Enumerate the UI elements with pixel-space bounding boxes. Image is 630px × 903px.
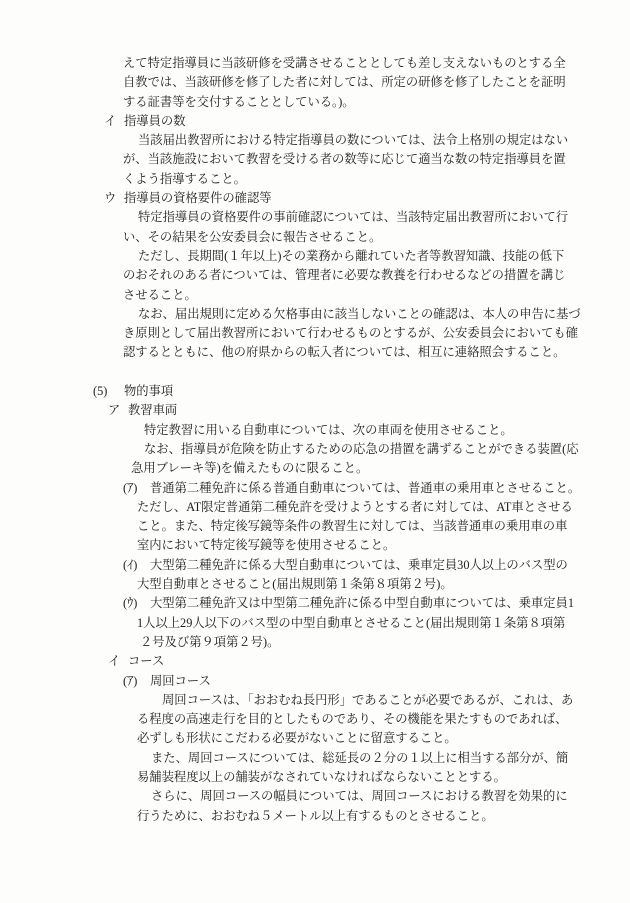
text-line: (5)物的事項	[0, 382, 630, 401]
line-text: させること。	[123, 288, 197, 302]
blank-line	[0, 363, 630, 382]
text-line: (ｳ)大型第二種免許又は中型第二種免許に係る中型自動車については、乗車定員1	[0, 594, 630, 613]
line-text: なお、届出規則に定める欠格事由に該当しないことの確認は、本人の申告に基づ	[138, 307, 581, 321]
text-line: させること。	[0, 286, 630, 305]
line-text: 室内において特定後写鏡等を使用させること。	[137, 538, 395, 552]
line-text: また、周回コースについては、総延長の２分の１以上に相当する部分が、簡	[151, 751, 568, 765]
line-text: 急用ブレーキ等)を備えたものに限ること。	[131, 461, 368, 475]
text-line: ただし、長期間(１年以上)その業務から離れていた者等教習知識、技能の低下	[0, 247, 630, 266]
line-text: えて特定指導員に当該研修を受講させることとしても差し支えないものとする全	[123, 56, 566, 70]
text-line: のおそれのある者については、管理者に必要な教養を行わせるなどの措置を講じ	[0, 266, 630, 285]
text-line: 周回コースは、「おおむね長円形」であることが必要であるが、これは、あ	[0, 691, 630, 710]
line-text: する証書等を交付することとしている。)。	[123, 95, 355, 109]
text-line: (ｲ)大型第二種免許に係る大型自動車については、乗車定員30人以上のバス型の	[0, 556, 630, 575]
item-label: (ｱ)	[123, 479, 150, 498]
item-label: (ｲ)	[123, 556, 150, 575]
line-text: コース	[128, 654, 164, 668]
line-text: こと。また、特定後写鏡等条件の教習生に対しては、当該普通車の乗用車の車	[137, 519, 567, 533]
line-text: 周回コース	[150, 674, 211, 688]
document-body: えて特定指導員に当該研修を受講させることとしても差し支えないものとする全自教では…	[0, 54, 630, 826]
line-text: 特定指導員の資格要件の事前確認については、当該特定届出教習所において行	[138, 210, 568, 224]
line-text: ただし、長期間(１年以上)その業務から離れていた者等教習知識、技能の低下	[138, 249, 564, 263]
item-label: (ｱ)	[123, 672, 150, 691]
text-line: 自教では、当該研修を修了した者に対しては、所定の研修を修了したことを証明	[0, 73, 630, 92]
text-line: (ｱ)普通第二種免許に係る普通自動車については、普通車の乗用車とさせること。	[0, 479, 630, 498]
text-line: 特定指導員の資格要件の事前確認については、当該特定届出教習所において行	[0, 208, 630, 227]
item-label: (ｳ)	[123, 594, 150, 613]
text-line: イ指導員の数	[0, 112, 630, 131]
line-text: 周回コースは、「おおむね長円形」であることが必要であるが、これは、あ	[162, 693, 573, 707]
text-line: 特定教習に用いる自動車については、次の車両を使用させること。	[0, 421, 630, 440]
line-text: 普通第二種免許に係る普通自動車については、普通車の乗用車とさせること。	[150, 481, 580, 495]
text-line: えて特定指導員に当該研修を受講させることとしても差し支えないものとする全	[0, 54, 630, 73]
text-line: い、その結果を公安委員会に報告させること。	[0, 228, 630, 247]
line-text: のおそれのある者については、管理者に必要な教養を行わせるなどの措置を講じ	[123, 268, 565, 282]
line-text: 教習車両	[128, 403, 177, 417]
line-text: なお、指導員が危険を防止するための応急の措置を講ずることができる装置(応	[144, 442, 579, 456]
text-line: ア教習車両	[0, 401, 630, 420]
line-text: 大型自動車とさせること(届出規則第１条第８項第２号)。	[137, 577, 453, 591]
item-label: ウ	[104, 189, 124, 208]
text-line: が、当該施設において教習を受ける者の数等に応じて適当な数の特定指導員を置	[0, 150, 630, 169]
line-text: ２号及び第９項第２号)。	[140, 635, 279, 649]
line-text: 物的事項	[124, 384, 173, 398]
item-label: イ	[104, 112, 124, 131]
text-line: さらに、周回コースの幅員については、周回コースにおける教習を効果的に	[0, 787, 630, 806]
text-line: イコース	[0, 652, 630, 671]
text-line: 室内において特定後写鏡等を使用させること。	[0, 536, 630, 555]
text-line: ２号及び第９項第２号)。	[0, 633, 630, 652]
text-line: ただし、AT限定普通第二種免許を受けようとする者に対しては、AT車とさせる	[0, 498, 630, 517]
text-line: なお、指導員が危険を防止するための応急の措置を講ずることができる装置(応	[0, 440, 630, 459]
line-text: い、その結果を公安委員会に報告させること。	[123, 230, 381, 244]
text-line: る程度の高速走行を目的としたものであり、その機能を果たすものであれば、	[0, 710, 630, 729]
line-text: が、当該施設において教習を受ける者の数等に応じて適当な数の特定指導員を置	[123, 152, 566, 166]
line-text: 認するとともに、他の府県からの転入者については、相互に連絡照会すること。	[123, 345, 565, 359]
text-line: き原則として届出教習所において行わせるものとするが、公安委員会においても確	[0, 324, 630, 343]
text-line: 認するとともに、他の府県からの転入者については、相互に連絡照会すること。	[0, 343, 630, 362]
line-text: 必ずしも形状にこだわる必要がないことに留意すること。	[137, 731, 457, 745]
text-line: また、周回コースについては、総延長の２分の１以上に相当する部分が、簡	[0, 749, 630, 768]
line-text: 当該届出教習所における特定指導員の数については、法令上格別の規定はない	[138, 133, 568, 147]
text-line: (ｱ)周回コース	[0, 672, 630, 691]
line-text: 特定教習に用いる自動車については、次の車両を使用させること。	[144, 423, 513, 437]
text-line: する証書等を交付することとしている。)。	[0, 93, 630, 112]
line-text: さらに、周回コースの幅員については、周回コースにおける教習を効果的に	[151, 789, 568, 803]
text-line: 易舗装程度以上の舗装がなされていなければならないこととする。	[0, 768, 630, 787]
item-label: イ	[108, 652, 128, 671]
line-text: き原則として届出教習所において行わせるものとするが、公安委員会においても確	[123, 326, 578, 340]
line-text: 自教では、当該研修を修了した者に対しては、所定の研修を修了したことを証明	[123, 75, 566, 89]
line-text: 行うために、おおむね５メートル以上有するものとさせること。	[137, 809, 494, 823]
line-text: 指導員の資格要件の確認等	[124, 191, 272, 205]
line-text: る程度の高速走行を目的としたものであり、その機能を果たすものであれば、	[137, 712, 567, 726]
line-text: くよう指導すること。	[123, 172, 246, 186]
line-text: 指導員の数	[124, 114, 186, 128]
line-text: ただし、AT限定普通第二種免許を受けようとする者に対しては、AT車とさせる	[137, 500, 573, 514]
text-line: くよう指導すること。	[0, 170, 630, 189]
text-line: 1人以上29人以下のバス型の中型自動車とさせること(届出規則第１条第８項第	[0, 614, 630, 633]
text-line: 大型自動車とさせること(届出規則第１条第８項第２号)。	[0, 575, 630, 594]
text-line: 急用ブレーキ等)を備えたものに限ること。	[0, 459, 630, 478]
item-label: ア	[108, 401, 128, 420]
line-text: 1人以上29人以下のバス型の中型自動車とさせること(届出規則第１条第８項第	[137, 616, 565, 630]
text-line: なお、届出規則に定める欠格事由に該当しないことの確認は、本人の申告に基づ	[0, 305, 630, 324]
line-text: 大型第二種免許に係る大型自動車については、乗車定員30人以上のバス型の	[150, 558, 568, 572]
item-label: (5)	[93, 382, 124, 401]
text-line: 行うために、おおむね５メートル以上有するものとさせること。	[0, 807, 630, 826]
line-text: 大型第二種免許又は中型第二種免許に係る中型自動車については、乗車定員1	[150, 596, 574, 610]
line-text: 易舗装程度以上の舗装がなされていなければならないこととする。	[137, 770, 506, 784]
text-line: 必ずしも形状にこだわる必要がないことに留意すること。	[0, 729, 630, 748]
text-line: こと。また、特定後写鏡等条件の教習生に対しては、当該普通車の乗用車の車	[0, 517, 630, 536]
text-line: ウ指導員の資格要件の確認等	[0, 189, 630, 208]
text-line: 当該届出教習所における特定指導員の数については、法令上格別の規定はない	[0, 131, 630, 150]
document-page: えて特定指導員に当該研修を受講させることとしても差し支えないものとする全自教では…	[0, 0, 630, 903]
